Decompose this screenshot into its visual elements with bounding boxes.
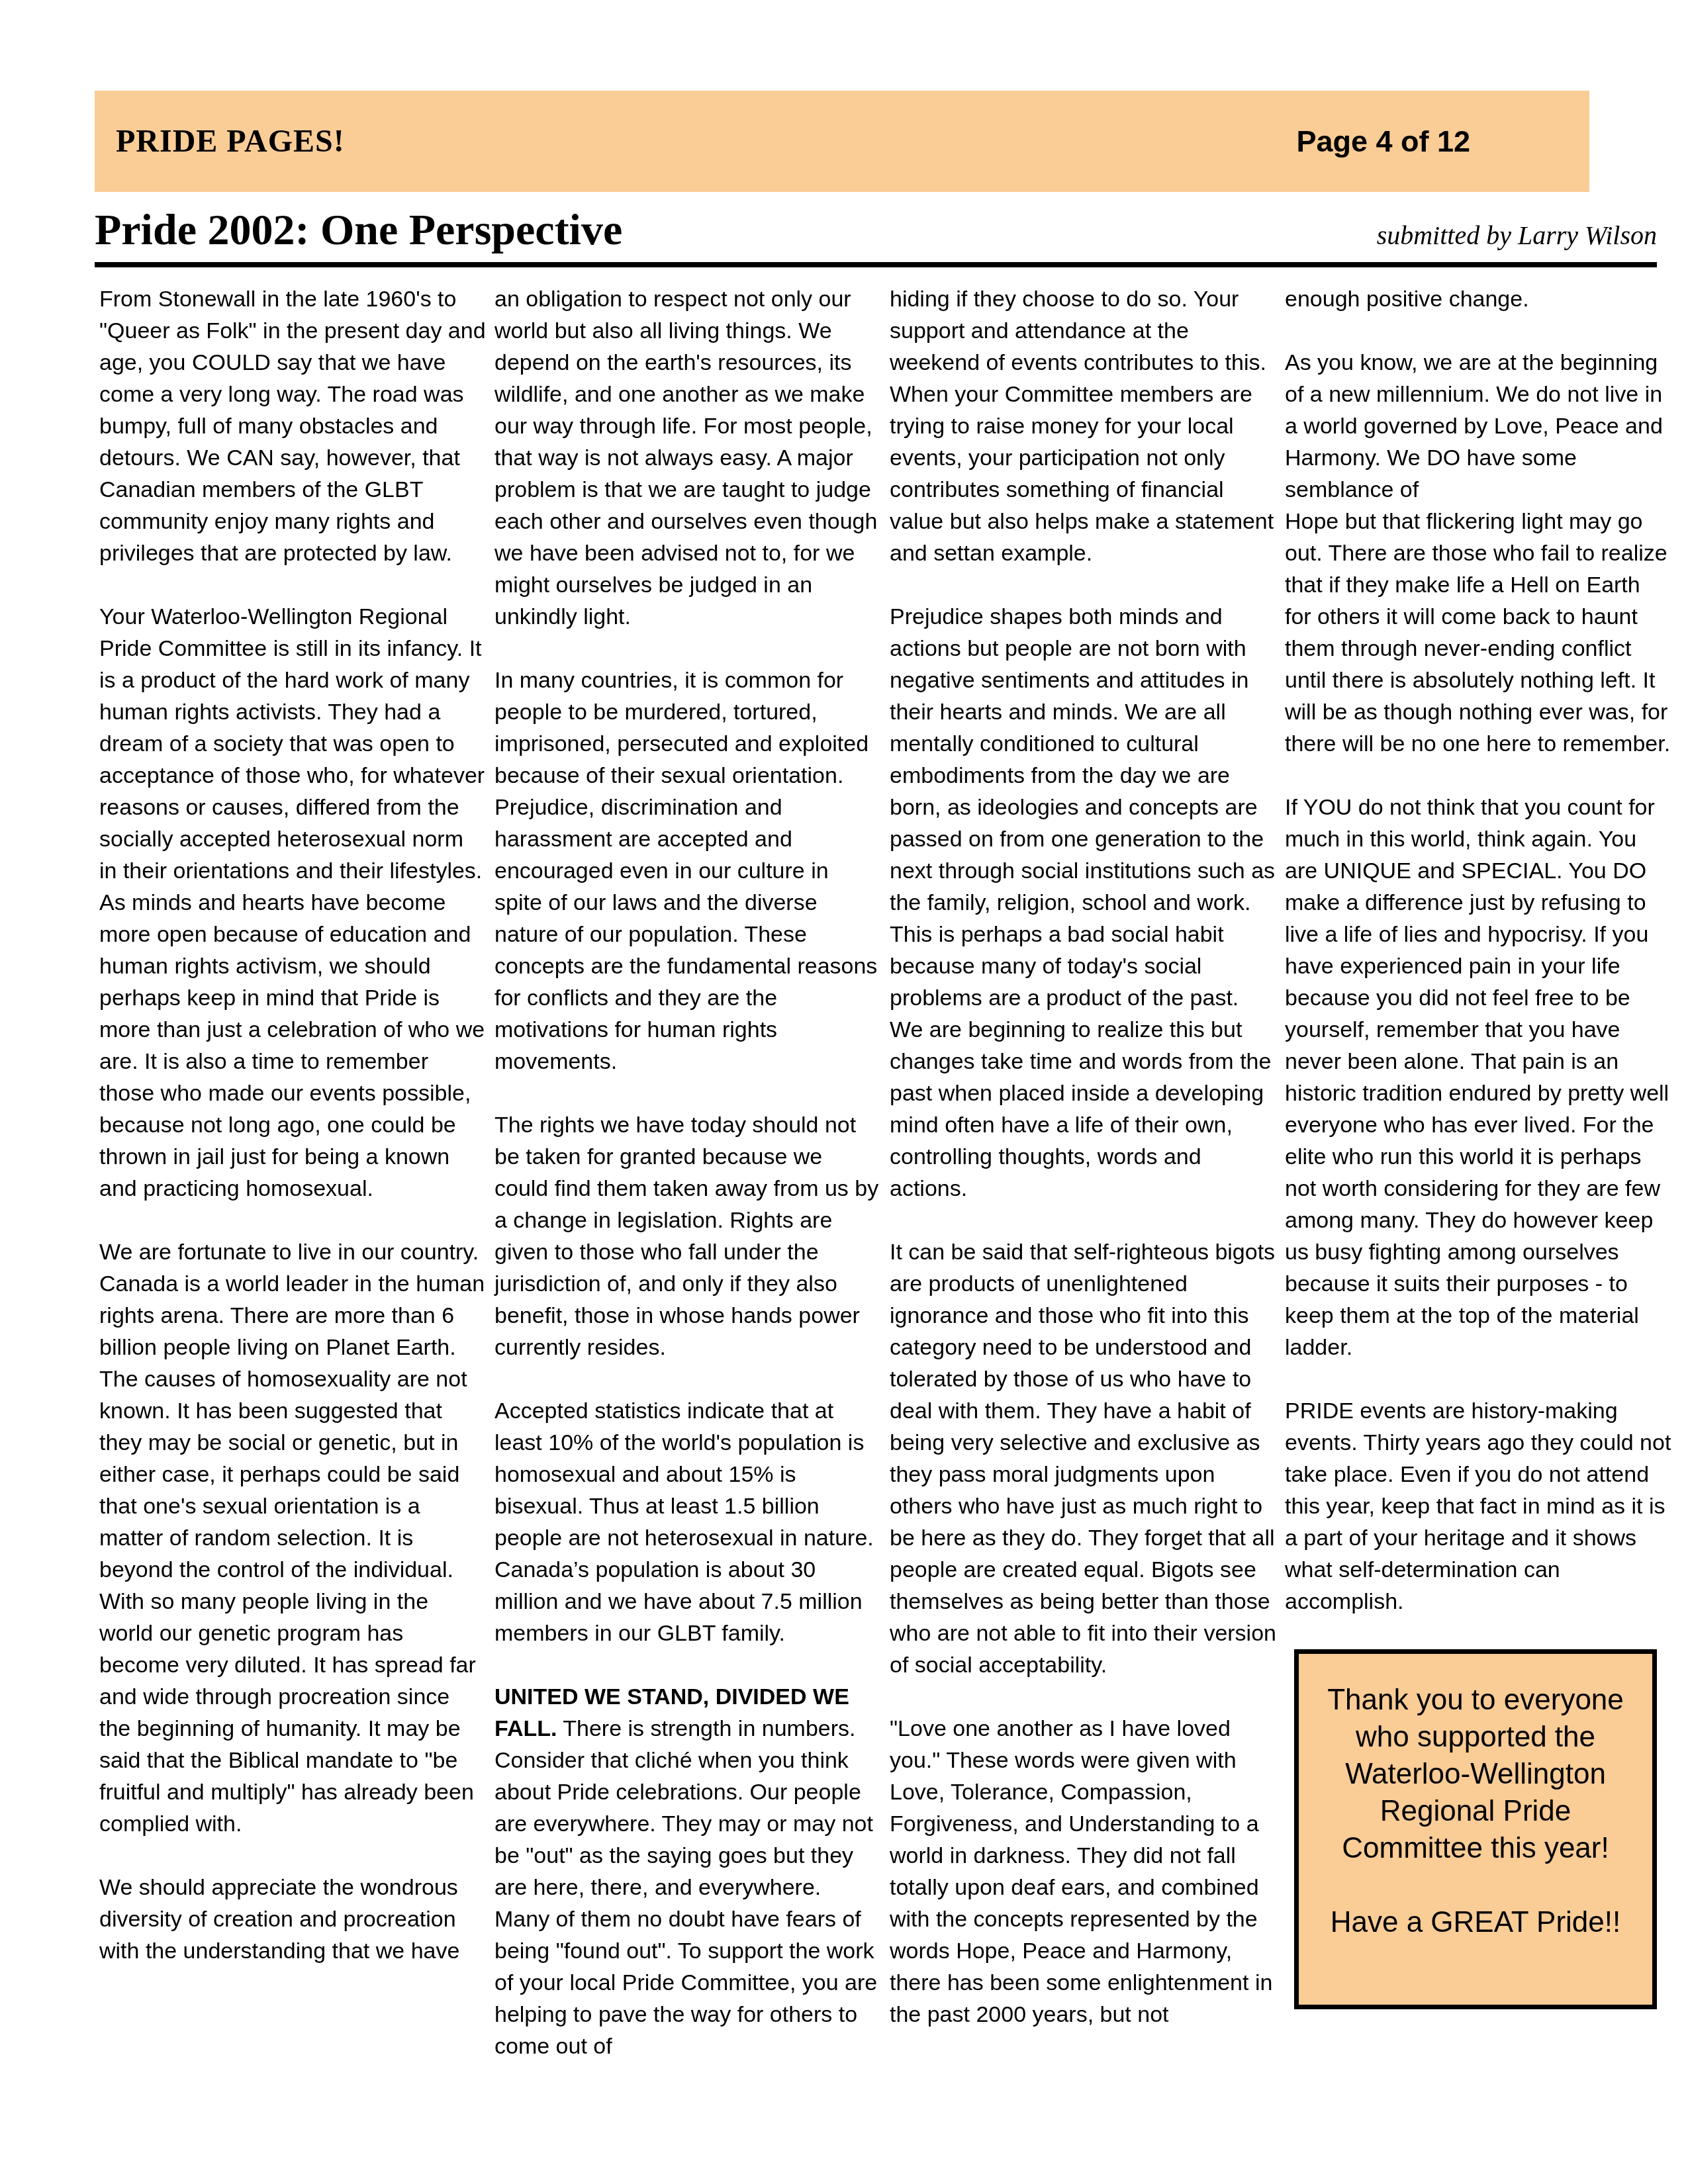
paragraph: enough positive change. [1285, 283, 1671, 315]
article-body: From Stonewall in the late 1960's to "Qu… [99, 283, 1675, 2094]
header-band: PRIDE PAGES! Page 4 of 12 [95, 91, 1589, 192]
title-divider [95, 262, 1657, 267]
paragraph: Prejudice shapes both minds and actions … [890, 601, 1276, 1205]
article-byline: submitted by Larry Wilson [1377, 220, 1657, 251]
paragraph: hiding if they choose to do so. Your sup… [890, 283, 1276, 569]
paragraph: "Love one another as I have loved you." … [890, 1713, 1276, 2030]
article-column-3: hiding if they choose to do so. Your sup… [890, 283, 1276, 2094]
paragraph: We should appreciate the wondrous divers… [99, 1872, 486, 1967]
page-indicator: Page 4 of 12 [1296, 124, 1470, 159]
newsletter-title: PRIDE PAGES! [116, 123, 345, 159]
paragraph: Your Waterloo-Wellington Regional Pride … [99, 601, 486, 1205]
paragraph: UNITED WE STAND, DIVIDED WE FALL. There … [494, 1681, 881, 2062]
article-column-1: From Stonewall in the late 1960's to "Qu… [99, 283, 486, 2094]
article-column-4: enough positive change.As you know, we a… [1285, 283, 1671, 2094]
thank-you-box: Thank you to everyone who supported the … [1294, 1649, 1657, 2009]
paragraph: It can be said that self-righteous bigot… [890, 1236, 1276, 1681]
paragraph: We are fortunate to live in our country.… [99, 1236, 486, 1840]
paragraph: PRIDE events are history-making events. … [1285, 1395, 1671, 1617]
article-title: Pride 2002: One Perspective [95, 202, 622, 259]
article-header: Pride 2002: One Perspective submitted by… [95, 202, 1657, 259]
paragraph: If YOU do not think that you count for m… [1285, 792, 1671, 1363]
paragraph: From Stonewall in the late 1960's to "Qu… [99, 283, 486, 569]
paragraph: The rights we have today should not be t… [494, 1109, 881, 1363]
paragraph: an obligation to respect not only our wo… [494, 283, 881, 633]
paragraph: As you know, we are at the beginning of … [1285, 347, 1671, 760]
thank-you-message: Thank you to everyone who supported the … [1308, 1682, 1643, 1867]
newsletter-page: PRIDE PAGES! Page 4 of 12 Pride 2002: On… [0, 0, 1688, 2184]
paragraph: In many countries, it is common for peop… [494, 664, 881, 1077]
article-column-2: an obligation to respect not only our wo… [494, 283, 881, 2094]
pride-wish: Have a GREAT Pride!! [1308, 1904, 1643, 1941]
paragraph: Accepted statistics indicate that at lea… [494, 1395, 881, 1649]
